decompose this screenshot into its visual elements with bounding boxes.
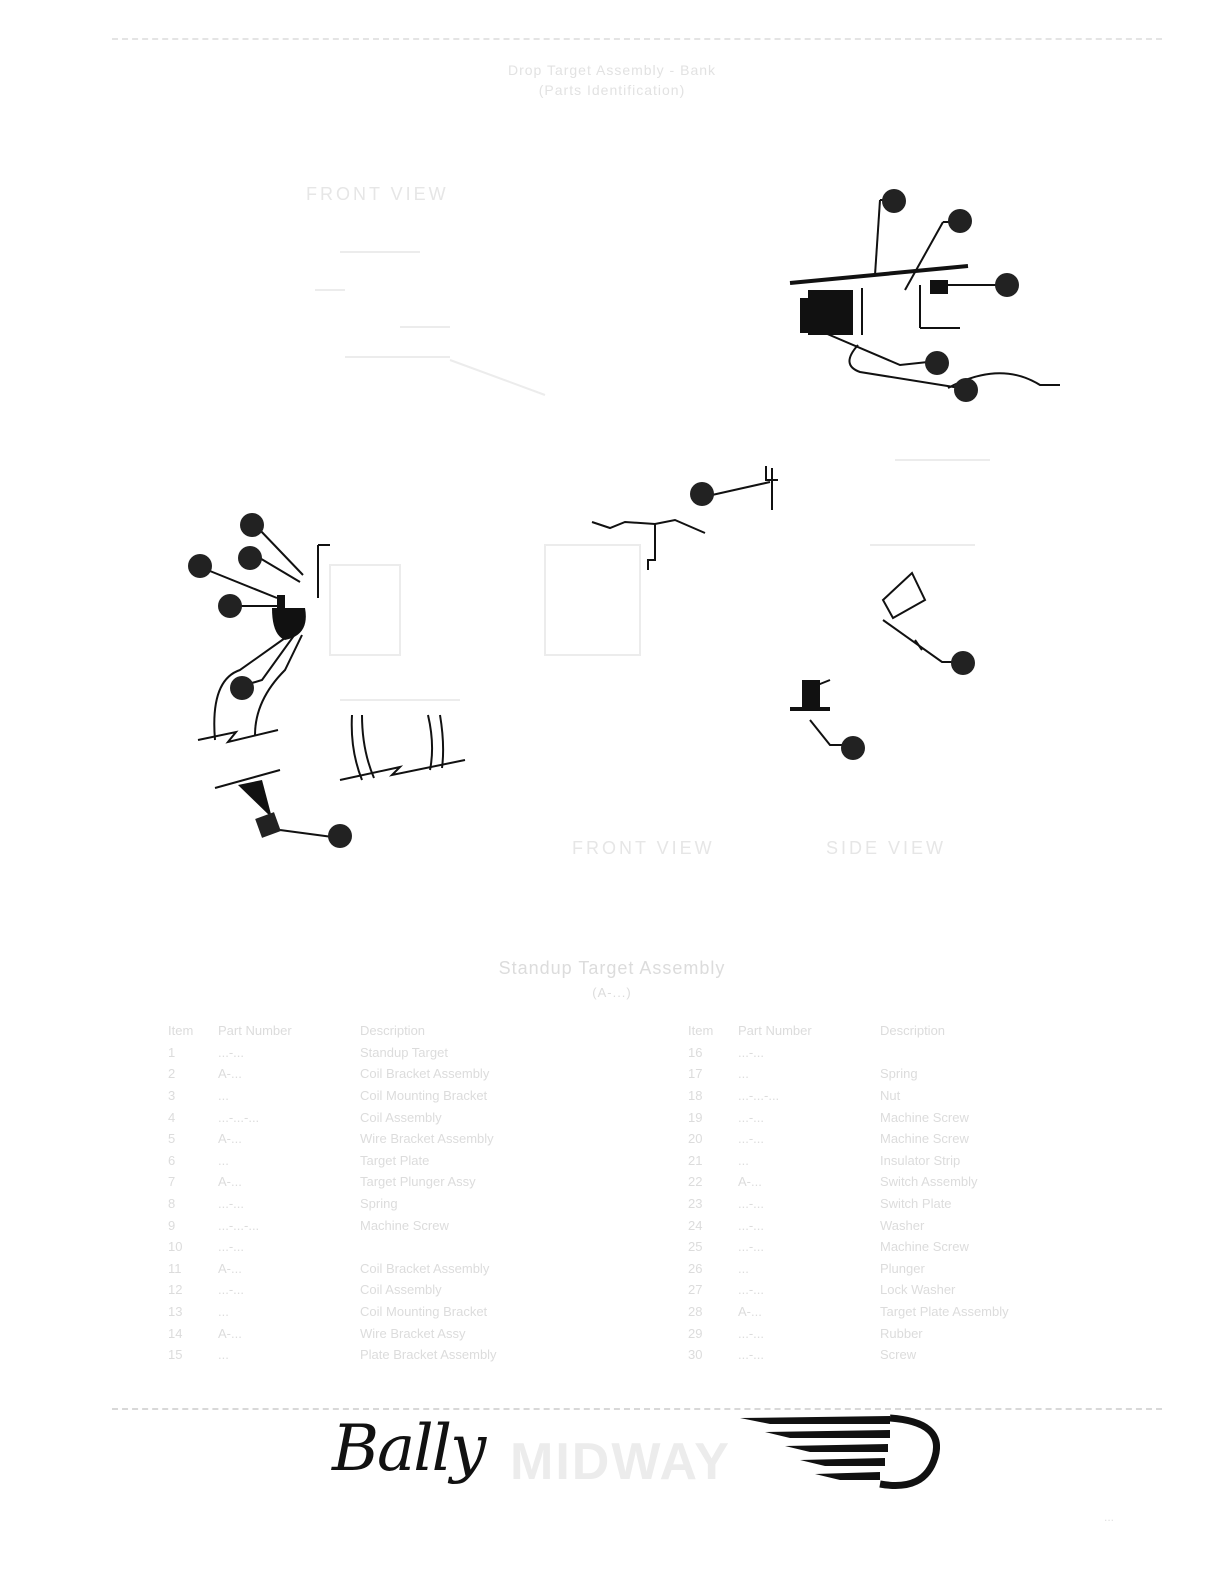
- table-row: 23...-...Switch Plate: [682, 1193, 1086, 1215]
- footer-logos: Bally MIDWAY: [320, 1412, 960, 1512]
- item-number: 27: [682, 1279, 732, 1301]
- table-row: 28A-...Target Plate Assembly: [682, 1301, 1086, 1323]
- item-number: 13: [162, 1301, 212, 1323]
- table-row: 13...Coil Mounting Bracket: [162, 1301, 566, 1323]
- item-number: 16: [682, 1042, 732, 1064]
- parts-table-title: Standup Target Assembly: [0, 958, 1224, 979]
- item-number: 4: [162, 1106, 212, 1128]
- item-number: 5: [162, 1128, 212, 1150]
- part-description: Rubber: [874, 1322, 1086, 1344]
- part-number: ...-...: [212, 1042, 354, 1064]
- part-description: Standup Target: [354, 1042, 566, 1064]
- item-number: 17: [682, 1063, 732, 1085]
- part-description: Plate Bracket Assembly: [354, 1344, 566, 1366]
- midway-wordmark: MIDWAY: [510, 1432, 731, 1492]
- item-number: 29: [682, 1322, 732, 1344]
- part-number: ...: [732, 1063, 874, 1085]
- table-row: 1...-...Standup Target: [162, 1042, 566, 1064]
- col-item: Item: [682, 1020, 732, 1042]
- table-row: 4...-...-...Coil Assembly: [162, 1106, 566, 1128]
- part-number: ...-...-...: [212, 1106, 354, 1128]
- col-part-number: Part Number: [212, 1020, 354, 1042]
- item-number: 24: [682, 1214, 732, 1236]
- part-description: Machine Screw: [874, 1106, 1086, 1128]
- item-number: 19: [682, 1106, 732, 1128]
- part-number: ...-...: [212, 1193, 354, 1215]
- item-number: 3: [162, 1085, 212, 1107]
- item-number: 11: [162, 1258, 212, 1280]
- table-row: 2A-...Coil Bracket Assembly: [162, 1063, 566, 1085]
- part-description: Machine Screw: [874, 1236, 1086, 1258]
- part-description: Coil Assembly: [354, 1279, 566, 1301]
- item-number: 9: [162, 1214, 212, 1236]
- part-description: Target Plate: [354, 1150, 566, 1172]
- part-number: ...: [212, 1301, 354, 1323]
- item-number: 6: [162, 1150, 212, 1172]
- part-number: A-...: [212, 1063, 354, 1085]
- table-row: 26...Plunger: [682, 1258, 1086, 1280]
- col-item: Item: [162, 1020, 212, 1042]
- table-row: 7A-...Target Plunger Assy: [162, 1171, 566, 1193]
- col-description: Description: [874, 1020, 1086, 1042]
- part-description: Screw: [874, 1344, 1086, 1366]
- part-description: Spring: [874, 1063, 1086, 1085]
- part-description: Washer: [874, 1214, 1086, 1236]
- parts-table-right: Item Part Number Description 16...-...17…: [682, 1020, 1086, 1366]
- item-number: 30: [682, 1344, 732, 1366]
- part-description: Machine Screw: [874, 1128, 1086, 1150]
- part-number: ...-...-...: [732, 1085, 874, 1107]
- item-number: 8: [162, 1193, 212, 1215]
- part-number: ...: [732, 1258, 874, 1280]
- part-number: ...-...: [212, 1279, 354, 1301]
- table-row: 16...-...: [682, 1042, 1086, 1064]
- table-row: 22A-...Switch Assembly: [682, 1171, 1086, 1193]
- part-description: Wire Bracket Assembly: [354, 1128, 566, 1150]
- part-number: ...-...: [732, 1042, 874, 1064]
- table-row: 11A-...Coil Bracket Assembly: [162, 1258, 566, 1280]
- part-number: A-...: [212, 1322, 354, 1344]
- part-description: Coil Mounting Bracket: [354, 1301, 566, 1323]
- part-description: Target Plate Assembly: [874, 1301, 1086, 1323]
- part-description: Coil Bracket Assembly: [354, 1063, 566, 1085]
- part-number: ...-...: [732, 1128, 874, 1150]
- part-description: Wire Bracket Assy: [354, 1322, 566, 1344]
- part-description: Target Plunger Assy: [354, 1171, 566, 1193]
- bally-logo: Bally: [332, 1412, 484, 1486]
- table-row: 21...Insulator Strip: [682, 1150, 1086, 1172]
- part-number: ...-...: [732, 1344, 874, 1366]
- table-row: 5A-...Wire Bracket Assembly: [162, 1128, 566, 1150]
- table-row: 14A-...Wire Bracket Assy: [162, 1322, 566, 1344]
- part-number: ...: [212, 1150, 354, 1172]
- table-row: 8...-...Spring: [162, 1193, 566, 1215]
- view-label-front-top: FRONT VIEW: [306, 184, 449, 205]
- item-number: 22: [682, 1171, 732, 1193]
- item-number: 23: [682, 1193, 732, 1215]
- exploded-parts-diagram: [0, 0, 1224, 900]
- part-number: A-...: [212, 1171, 354, 1193]
- view-label-front: FRONT VIEW: [572, 838, 715, 859]
- part-description: [874, 1042, 1086, 1064]
- item-number: 7: [162, 1171, 212, 1193]
- part-description: Coil Mounting Bracket: [354, 1085, 566, 1107]
- part-number: ...: [732, 1150, 874, 1172]
- table-row: 18...-...-...Nut: [682, 1085, 1086, 1107]
- table-header-row: Item Part Number Description: [682, 1020, 1086, 1042]
- callout-bubbles: [188, 189, 1019, 848]
- part-description: Spring: [354, 1193, 566, 1215]
- part-description: Plunger: [874, 1258, 1086, 1280]
- item-number: 25: [682, 1236, 732, 1258]
- coil-body: [808, 290, 853, 335]
- part-description: Machine Screw: [354, 1214, 566, 1236]
- part-description: Lock Washer: [874, 1279, 1086, 1301]
- part-description: Insulator Strip: [874, 1150, 1086, 1172]
- item-number: 20: [682, 1128, 732, 1150]
- middle-assembly: [592, 466, 958, 745]
- item-number: 18: [682, 1085, 732, 1107]
- parts-table-subtitle: (A-...): [0, 985, 1224, 1000]
- item-number: 10: [162, 1236, 212, 1258]
- view-label-side: SIDE VIEW: [826, 838, 946, 859]
- part-number: A-...: [212, 1258, 354, 1280]
- item-number: 12: [162, 1279, 212, 1301]
- table-row: 15...Plate Bracket Assembly: [162, 1344, 566, 1366]
- part-description: Switch Plate: [874, 1193, 1086, 1215]
- col-part-number: Part Number: [732, 1020, 874, 1042]
- table-row: 25...-...Machine Screw: [682, 1236, 1086, 1258]
- table-row: 20...-...Machine Screw: [682, 1128, 1086, 1150]
- item-number: 1: [162, 1042, 212, 1064]
- page-number: ...: [1104, 1510, 1114, 1524]
- item-number: 2: [162, 1063, 212, 1085]
- part-number: ...-...: [732, 1322, 874, 1344]
- item-number: 21: [682, 1150, 732, 1172]
- table-header-row: Item Part Number Description: [162, 1020, 566, 1042]
- part-number: ...: [212, 1344, 354, 1366]
- item-number: 15: [162, 1344, 212, 1366]
- part-number: A-...: [732, 1171, 874, 1193]
- table-row: 12...-...Coil Assembly: [162, 1279, 566, 1301]
- table-row: 27...-...Lock Washer: [682, 1279, 1086, 1301]
- table-row: 19...-...Machine Screw: [682, 1106, 1086, 1128]
- part-number: ...-...: [732, 1106, 874, 1128]
- part-number: ...-...: [732, 1236, 874, 1258]
- col-description: Description: [354, 1020, 566, 1042]
- parts-table-left: Item Part Number Description 1...-...Sta…: [162, 1020, 566, 1366]
- part-number: ...-...: [732, 1279, 874, 1301]
- item-number: 14: [162, 1322, 212, 1344]
- part-number: ...-...: [212, 1236, 354, 1258]
- part-number: A-...: [212, 1128, 354, 1150]
- table-row: 30...-...Screw: [682, 1344, 1086, 1366]
- part-description: [354, 1236, 566, 1258]
- part-number: ...: [212, 1085, 354, 1107]
- table-row: 9...-...-...Machine Screw: [162, 1214, 566, 1236]
- part-number: ...-...-...: [212, 1214, 354, 1236]
- table-row: 6...Target Plate: [162, 1150, 566, 1172]
- table-row: 29...-...Rubber: [682, 1322, 1086, 1344]
- part-number: ...-...: [732, 1214, 874, 1236]
- part-description: Nut: [874, 1085, 1086, 1107]
- item-number: 28: [682, 1301, 732, 1323]
- item-number: 26: [682, 1258, 732, 1280]
- table-row: 17...Spring: [682, 1063, 1086, 1085]
- part-description: Switch Assembly: [874, 1171, 1086, 1193]
- table-row: 10...-...: [162, 1236, 566, 1258]
- table-row: 3...Coil Mounting Bracket: [162, 1085, 566, 1107]
- part-description: Coil Bracket Assembly: [354, 1258, 566, 1280]
- table-row: 24...-...Washer: [682, 1214, 1086, 1236]
- part-description: Coil Assembly: [354, 1106, 566, 1128]
- faded-linework: [315, 252, 990, 700]
- part-number: A-...: [732, 1301, 874, 1323]
- winged-logo-icon: [740, 1412, 940, 1492]
- part-number: ...-...: [732, 1193, 874, 1215]
